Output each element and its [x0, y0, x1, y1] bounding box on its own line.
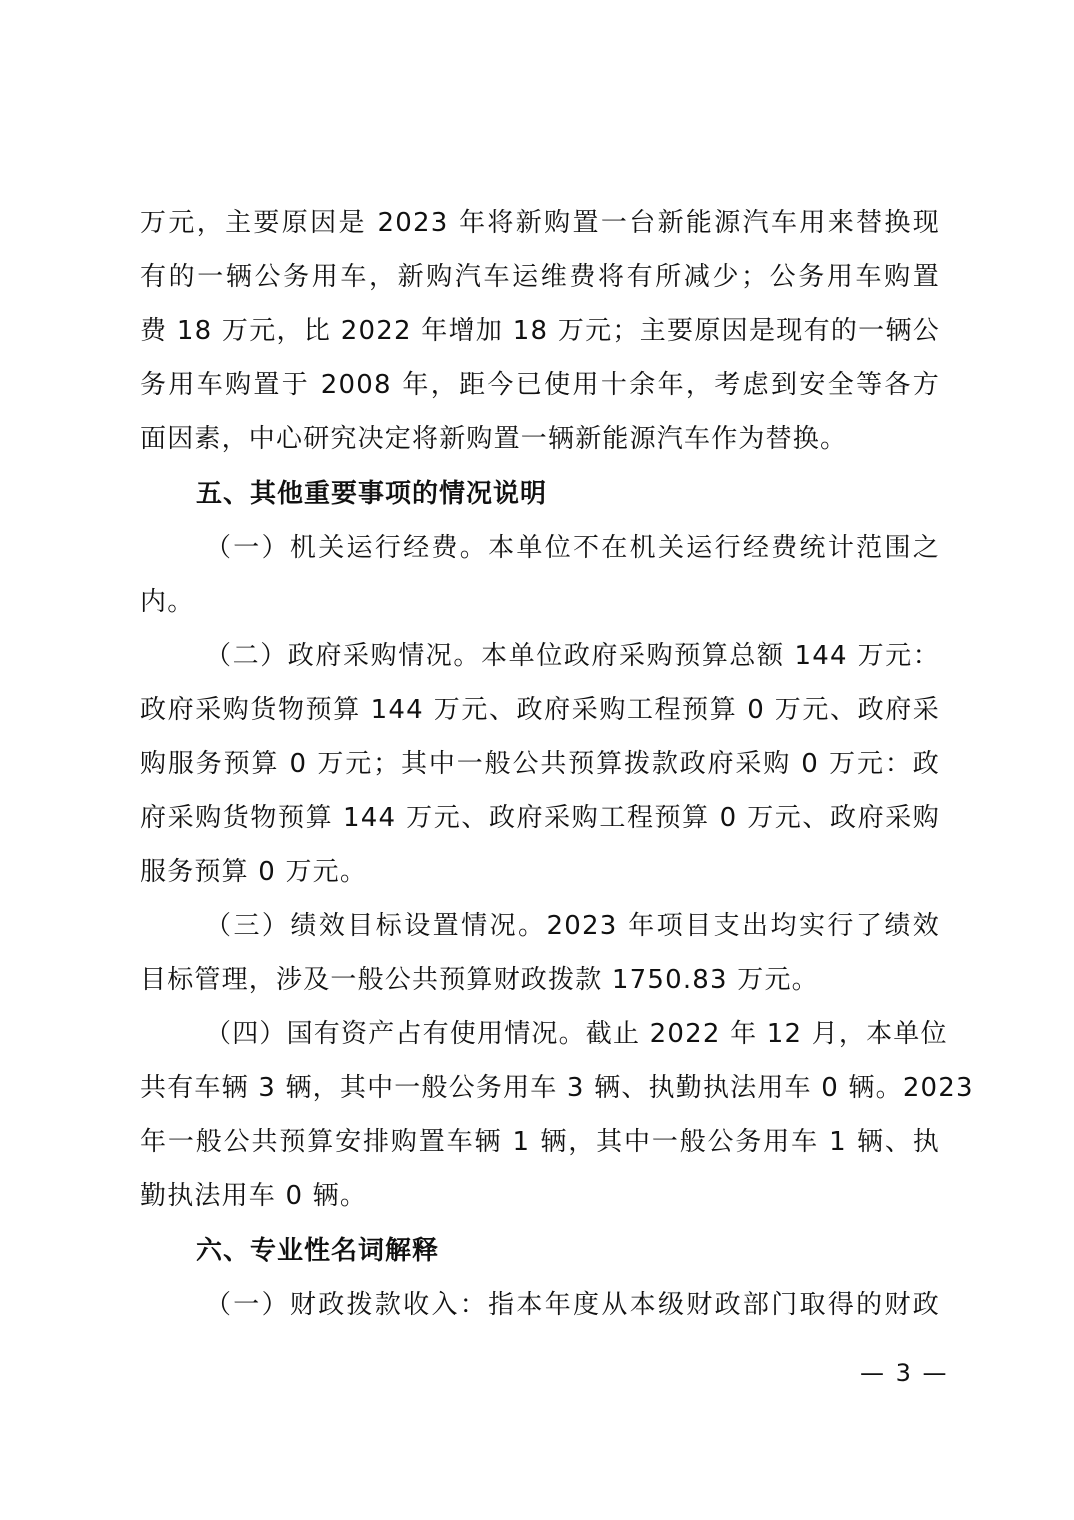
paragraph-line: 费 18 万元，比 2022 年增加 18 万元；主要原因是现有的一辆公 [140, 316, 940, 346]
page-number: — 3 — [860, 1358, 949, 1388]
section-heading-6: 六、专业性名词解释 [196, 1236, 439, 1266]
paragraph-line: （一）财政拨款收入：指本年度从本级财政部门取得的财政 [205, 1290, 940, 1320]
paragraph-line: （二）政府采购情况。本单位政府采购预算总额 144 万元： [205, 641, 940, 671]
document-page: 万元，主要原因是 2023 年将新购置一台新能源汽车用来替换现 有的一辆公务用车… [0, 0, 1074, 1520]
paragraph-line: 购服务预算 0 万元；其中一般公共预算拨款政府采购 0 万元：政 [140, 749, 940, 779]
section-heading-5: 五、其他重要事项的情况说明 [196, 479, 547, 509]
paragraph-line: 勤执法用车 0 辆。 [140, 1181, 940, 1211]
paragraph-line: 目标管理，涉及一般公共预算财政拨款 1750.83 万元。 [140, 965, 940, 995]
paragraph-line: 共有车辆 3 辆，其中一般公务用车 3 辆、执勤执法用车 0 辆。2023 [140, 1073, 940, 1103]
paragraph-line: 有的一辆公务用车，新购汽车运维费将有所减少；公务用车购置 [140, 262, 940, 292]
paragraph-line: 万元，主要原因是 2023 年将新购置一台新能源汽车用来替换现 [140, 208, 940, 238]
paragraph-line: 政府采购货物预算 144 万元、政府采购工程预算 0 万元、政府采 [140, 695, 940, 725]
paragraph-line: 面因素，中心研究决定将新购置一辆新能源汽车作为替换。 [140, 424, 940, 454]
paragraph-line: 内。 [140, 587, 940, 617]
paragraph-line: 年一般公共预算安排购置车辆 1 辆，其中一般公务用车 1 辆、执 [140, 1127, 940, 1157]
paragraph-line: （一）机关运行经费。本单位不在机关运行经费统计范围之 [205, 533, 940, 563]
paragraph-line: （三）绩效目标设置情况。2023 年项目支出均实行了绩效 [205, 911, 940, 941]
paragraph-line: 府采购货物预算 144 万元、政府采购工程预算 0 万元、政府采购 [140, 803, 940, 833]
paragraph-line: （四）国有资产占有使用情况。截止 2022 年 12 月，本单位 [205, 1019, 940, 1049]
paragraph-line: 服务预算 0 万元。 [140, 857, 940, 887]
paragraph-line: 务用车购置于 2008 年，距今已使用十余年，考虑到安全等各方 [140, 370, 940, 400]
